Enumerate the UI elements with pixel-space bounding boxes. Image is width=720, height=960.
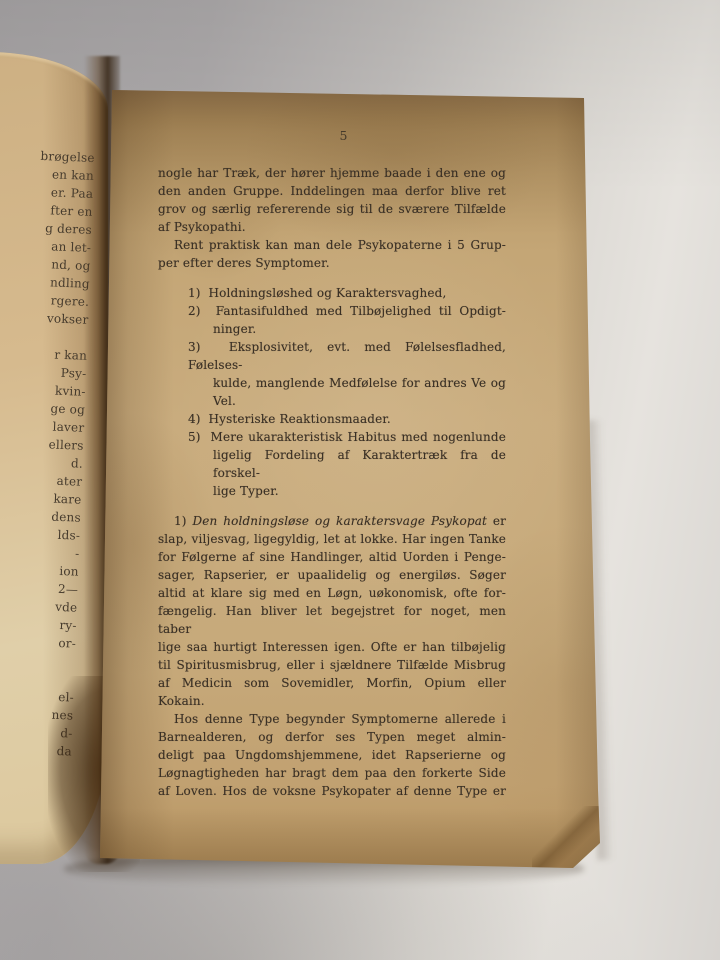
text-line: for Følgerne af sine Handlinger, altid U… xyxy=(158,548,506,566)
text-line: af Loven. Hos de voksne Psykopater af de… xyxy=(158,782,506,800)
text-line: 1) Holdningsløshed og Karaktersvaghed, xyxy=(158,284,506,302)
text-line: kulde, manglende Medfølelse for andres V… xyxy=(158,374,506,392)
text-segment: 1) xyxy=(174,514,192,528)
text-line: af Psykopathi. xyxy=(158,218,506,236)
text-line: sager, Rapserier, er upaalidelig og ener… xyxy=(158,566,506,584)
text-line: af Medicin som Sovemidler, Morfin, Opium… xyxy=(158,674,506,692)
text-line: Hos denne Type begynder Symptomerne alle… xyxy=(158,710,506,728)
text-line: Vel. xyxy=(158,392,506,410)
text-line: 2) Fantasifuldhed med Tilbøjelighed til … xyxy=(158,302,506,320)
text-line: Rent praktisk kan man dele Psykopaterne … xyxy=(158,236,506,254)
page-number: 5 xyxy=(170,128,518,143)
page-corner-fold xyxy=(532,806,608,872)
text-line: deligt paa Ungdomshjemmene, idet Rapseri… xyxy=(158,746,506,764)
text-line: lige Typer. xyxy=(158,482,506,500)
right-page: 5 nogle har Træk, der hører hjemme baade… xyxy=(94,84,604,872)
text-segment: er xyxy=(487,514,506,528)
italic-text: Den holdningsløse og karaktersvage Psyko… xyxy=(192,514,487,528)
text-line: Barnealderen, og derfor ses Typen meget … xyxy=(158,728,506,746)
text-line: lige saa hurtigt Interessen igen. Ofte e… xyxy=(158,638,506,656)
text-line: 3) Eksplosivitet, evt. med Følelsesfladh… xyxy=(158,338,506,374)
text-line: 1) Den holdningsløse og karaktersvage Ps… xyxy=(158,512,506,530)
text-line: slap, viljesvag, ligegyldig, let at lokk… xyxy=(158,530,506,548)
text-line: per efter deres Symptomer. xyxy=(158,254,506,272)
paragraph-gap xyxy=(158,272,506,284)
book-photo: brøgelseen kaner. Paafter eng deresan le… xyxy=(0,0,720,960)
left-page-text: brøgelseen kaner. Paafter eng deresan le… xyxy=(0,143,95,760)
text-line: Kokain. xyxy=(158,692,506,710)
text-line: ligelig Fordeling af Karaktertræk fra de… xyxy=(158,446,506,482)
text-line: altid at klare sig med en Løgn, uøkonomi… xyxy=(158,584,506,602)
text-line: 5) Mere ukarakteristisk Habitus med noge… xyxy=(158,428,506,446)
text-line: 4) Hysteriske Reaktionsmaader. xyxy=(158,410,506,428)
text-line: den anden Gruppe. Inddelingen maa derfor… xyxy=(158,182,506,200)
text-line: Løgnagtigheden har bragt dem paa den for… xyxy=(158,764,506,782)
paragraph-gap xyxy=(158,500,506,512)
page-text: nogle har Træk, der hører hjemme baade i… xyxy=(158,164,506,800)
text-line: ninger. xyxy=(158,320,506,338)
text-line: nogle har Træk, der hører hjemme baade i… xyxy=(158,164,506,182)
text-line: grov og særlig refererende sig til de sv… xyxy=(158,200,506,218)
text-line: til Spiritusmisbrug, eller i sjældnere T… xyxy=(158,656,506,674)
text-line: fængelig. Han bliver let begejstret for … xyxy=(158,602,506,638)
